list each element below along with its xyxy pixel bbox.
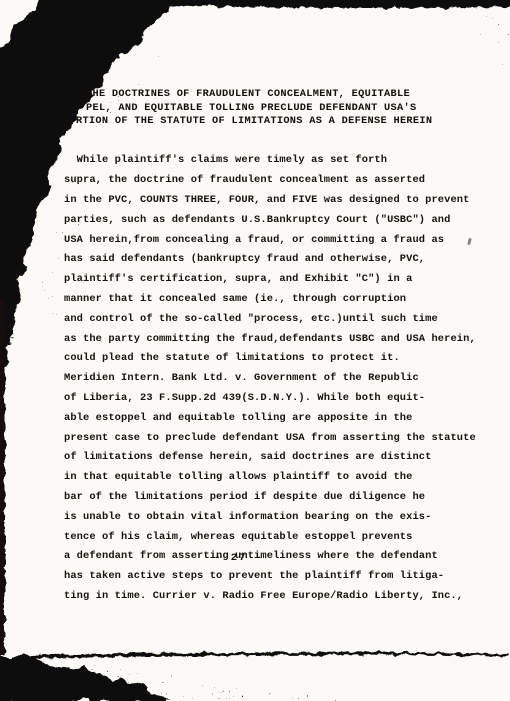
text-line: present case to preclude defendant USA f… (64, 429, 476, 449)
text-line: has said defendants (bankruptcy fraud an… (64, 250, 476, 270)
text-line: in the PVC, COUNTS THREE, FOUR, and FIVE… (64, 191, 476, 211)
text-line: USA herein,from concealing a fraud, or c… (64, 231, 476, 251)
body-paragraph: While plaintiff's claims were timely as … (64, 92, 476, 607)
text-line: of limitations defense herein, said doct… (64, 448, 476, 468)
text-line: in that equitable tolling allows plainti… (64, 468, 476, 488)
text-line: Meridien Intern. Bank Ltd. v. Government… (64, 369, 476, 389)
text-line: of Liberia, 23 F.Supp.2d 439(S.D.N.Y.). … (64, 389, 476, 409)
text-line: While plaintiff's claims were timely as … (64, 151, 476, 171)
text-line: tence of his claim, whereas equitable es… (64, 528, 476, 548)
text-line: plaintiff's certification, supra, and Ex… (64, 270, 476, 290)
bottom-scan-line (12, 652, 509, 659)
top-edge-bar (110, 0, 510, 8)
text-line: has taken active steps to prevent the pl… (64, 567, 476, 587)
top-right-speckle (458, 0, 510, 88)
scanned-document-page: THE DOCTRINES OF FRAUDULENT CONCEALMENT,… (0, 0, 510, 701)
page-number: - 27 - (0, 552, 478, 564)
text-line: as the party committing the fraud,defend… (64, 330, 476, 350)
text-line: is unable to obtain vital information be… (64, 508, 476, 528)
left-edge-streak (0, 300, 5, 655)
text-line: supra, the doctrine of fraudulent concea… (64, 171, 476, 191)
text-line: could plead the statute of limitations t… (64, 349, 476, 369)
text-line: bar of the limitations period if despite… (64, 488, 476, 508)
bottom-left-ink-blob-fringe (40, 658, 360, 701)
text-line: and control of the so-called "process, e… (64, 310, 476, 330)
text-line: manner that it concealed same (ie., thro… (64, 290, 476, 310)
text-line: parties, such as defendants U.S.Bankrupt… (64, 211, 476, 231)
bottom-left-ink-blob (0, 655, 170, 701)
text-line: ting in time. Currier v. Radio Free Euro… (64, 587, 476, 607)
text-line: able estoppel and equitable tolling are … (64, 409, 476, 429)
